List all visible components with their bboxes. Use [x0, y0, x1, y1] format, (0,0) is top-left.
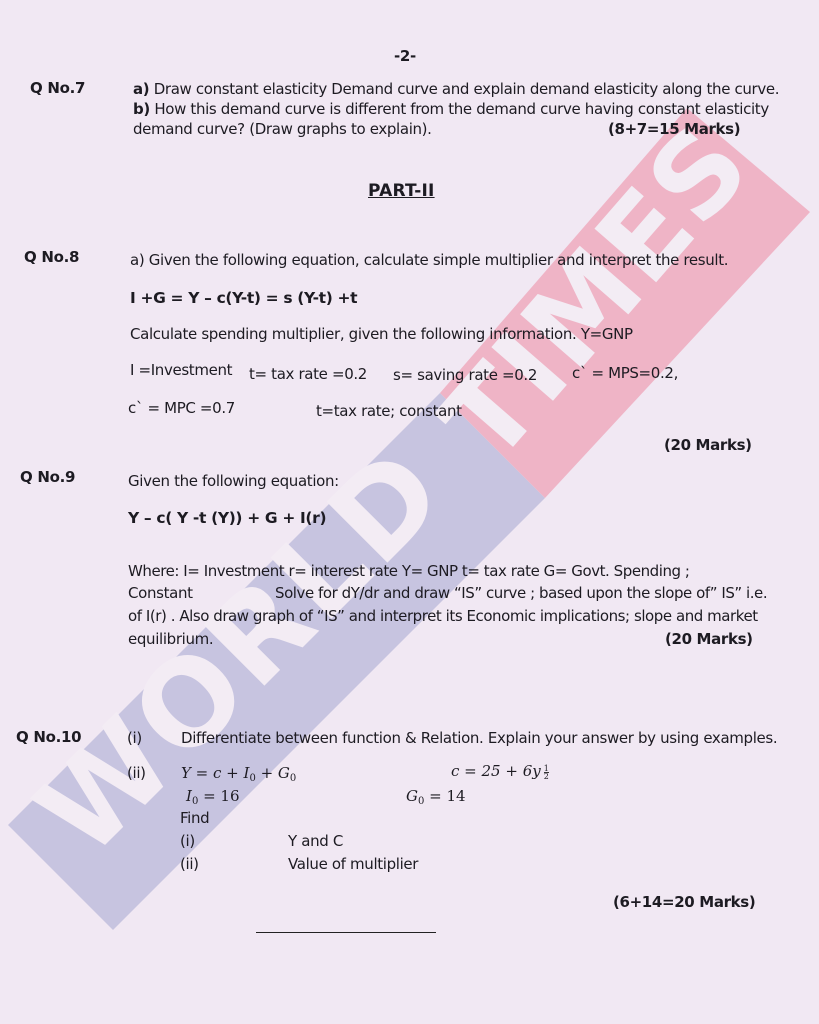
part-a-prefix: a): [133, 80, 149, 98]
question-9-where-line4: equilibrium.: [128, 630, 213, 648]
equation-income-identity: Y = c + I0 + G0: [181, 764, 296, 784]
find-label: Find: [180, 809, 209, 827]
question-10-marks: (6+14=20 Marks): [613, 893, 755, 911]
given-tax-note: t=tax rate; constant: [316, 402, 462, 420]
question-10-part-i-label: (i): [127, 729, 142, 747]
question-9-where-line1: Where: I= Investment r= interest rate Y=…: [128, 562, 690, 580]
question-7-label: Q No.7: [30, 79, 85, 97]
part-b-text-line1: How this demand curve is different from …: [150, 100, 769, 118]
question-8-label: Q No.8: [24, 248, 79, 266]
question-7-part-b-line2: demand curve? (Draw graphs to explain).: [133, 120, 432, 138]
question-7-marks: (8+7=15 Marks): [608, 120, 740, 138]
equation-government: G0 = 14: [406, 787, 466, 807]
part-a-text: Draw constant elasticity Demand curve an…: [149, 80, 779, 98]
find-item-1-label: (i): [180, 832, 195, 850]
question-7-part-a: a) Draw constant elasticity Demand curve…: [133, 80, 779, 98]
page-number: -2-: [394, 47, 416, 65]
end-of-paper-rule: [256, 932, 436, 933]
question-9-where-line2a: Constant: [128, 584, 193, 602]
eq-y-lhs: Y = c + I: [181, 764, 249, 782]
question-8-equation: I +G = Y – c(Y-t) = s (Y-t) +t: [130, 289, 357, 307]
equation-investment: I0 = 16: [186, 787, 240, 807]
question-9-where-line3: of I(r) . Also draw graph of “IS” and in…: [128, 607, 758, 625]
question-9-intro: Given the following equation:: [128, 472, 339, 490]
eq-g0-rhs: = 14: [424, 787, 465, 805]
question-9-equation: Y – c( Y -t (Y)) + G + I(r): [128, 509, 326, 527]
question-10-label: Q No.10: [16, 728, 81, 746]
question-9-marks: (20 Marks): [665, 630, 753, 648]
section-heading-part-ii: PART-II: [368, 181, 435, 201]
eq-c-exponent: 12: [544, 765, 549, 780]
question-8-intro: a) Given the following equation, calcula…: [130, 251, 728, 269]
find-item-2-text: Value of multiplier: [288, 855, 418, 873]
eq-i0-rhs: = 16: [198, 787, 239, 805]
question-10-part-i-text: Differentiate between function & Relatio…: [181, 729, 777, 747]
question-8-marks: (20 Marks): [664, 436, 752, 454]
question-9-label: Q No.9: [20, 468, 75, 486]
frac-den: 2: [544, 773, 549, 780]
question-9-where-line2b: Solve for dY/dr and draw “IS” curve ; ba…: [275, 584, 767, 602]
given-tax-rate: t= tax rate =0.2: [249, 365, 367, 383]
given-mps: c` = MPS=0.2,: [572, 364, 678, 382]
eq-g-subscript: 0: [290, 773, 296, 784]
given-mpc: c` = MPC =0.7: [128, 399, 235, 417]
part-b-prefix: b): [133, 100, 150, 118]
exam-page: -2- Q No.7 a) Draw constant elasticity D…: [0, 0, 819, 1024]
eq-c: c = 25 + 6y: [451, 762, 541, 780]
question-8-instruction: Calculate spending multiplier, given the…: [130, 325, 633, 343]
find-item-1-text: Y and C: [288, 832, 343, 850]
question-7-part-b: b) How this demand curve is different fr…: [133, 100, 769, 118]
given-investment: I =Investment: [130, 361, 232, 379]
question-10-part-ii-label: (ii): [127, 764, 146, 782]
eq-g0-lhs: G: [406, 787, 418, 805]
eq-y-mid: + G: [256, 764, 290, 782]
given-saving-rate: s= saving rate =0.2: [393, 366, 537, 384]
find-item-2-label: (ii): [180, 855, 199, 873]
equation-consumption: c = 25 + 6y12: [451, 762, 549, 780]
